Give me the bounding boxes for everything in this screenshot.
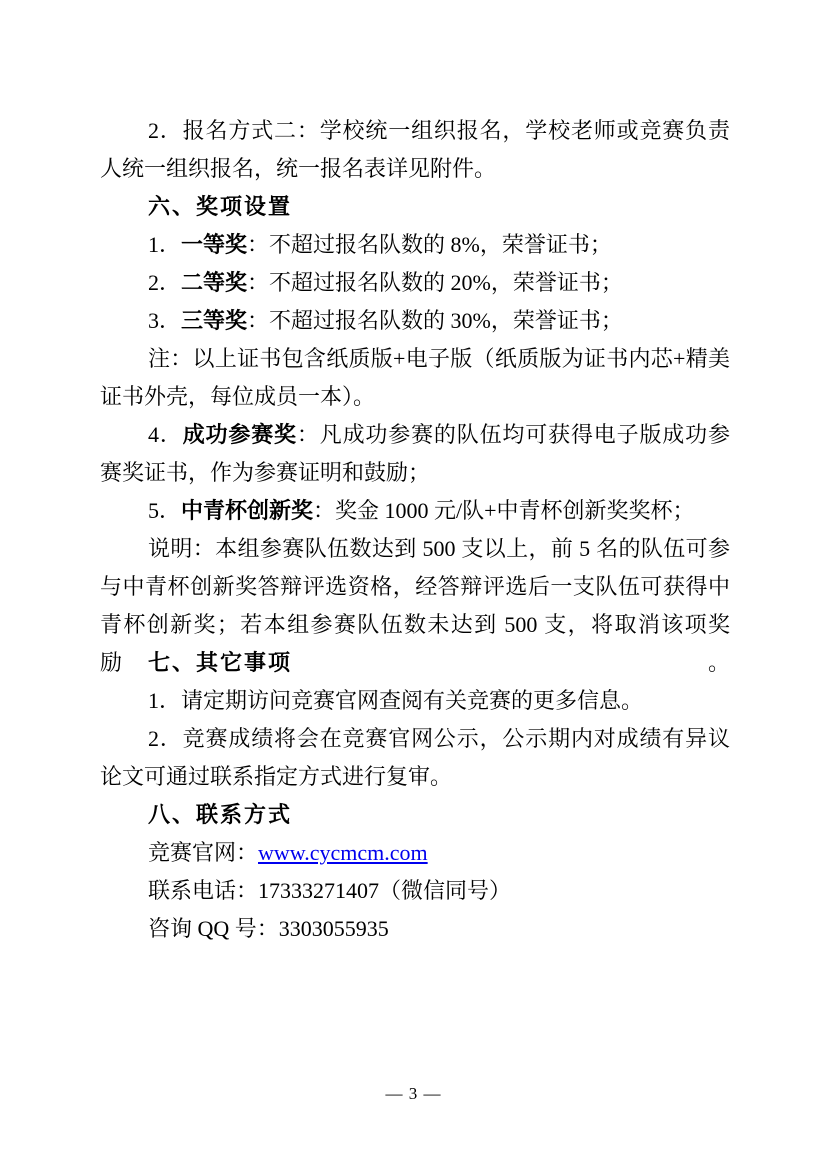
award-name: 三等奖 bbox=[181, 308, 247, 333]
para-registration-method2-line1: 2．报名方式二：学校统一组织报名，学校老师或竞赛负责 bbox=[100, 112, 730, 150]
note-certificates-line1: 注：以上证书包含纸质版+电子版（纸质版为证书内芯+精美 bbox=[100, 340, 730, 378]
item-number: 1． bbox=[148, 232, 181, 257]
contact-phone-row: 联系电话：17333271407（微信同号） bbox=[100, 872, 730, 910]
note-certificates-line2: 证书外壳，每位成员一本）。 bbox=[100, 378, 730, 416]
contact-label: 竞赛官网： bbox=[148, 840, 258, 865]
award-participation-line2: 赛奖证书，作为参赛证明和鼓励； bbox=[100, 454, 730, 492]
award-name: 中青杯创新奖 bbox=[181, 498, 313, 523]
innovation-explain-line2: 与中青杯创新奖答辩评选资格，经答辩评选后一支队伍可获得中 bbox=[100, 568, 730, 606]
item-number: 5． bbox=[148, 498, 181, 523]
other-item2-line1: 2．竞赛成绩将会在竞赛官网公示，公示期内对成绩有异议 bbox=[100, 720, 730, 758]
body-text: 1．请定期访问竞赛官网查阅有关竞赛的更多信息。 bbox=[148, 688, 643, 713]
body-text: 证书外壳，每位成员一本）。 bbox=[100, 384, 375, 409]
award-detail: ：不超过报名队数的 30%，荣誉证书； bbox=[247, 308, 623, 333]
award-name: 二等奖 bbox=[181, 270, 247, 295]
body-text: 2．报名方式二：学校统一组织报名，学校老师或竞赛负责 bbox=[148, 118, 730, 143]
item-number: 4． bbox=[148, 422, 183, 447]
page-number: — 3 — bbox=[0, 1082, 827, 1106]
award-detail: ：奖金 1000 元/队+中青杯创新奖奖杯； bbox=[313, 498, 695, 523]
heading-text: 七、其它事项 bbox=[148, 650, 292, 675]
innovation-explain-line1: 说明：本组参赛队伍数达到 500 支以上，前 5 名的队伍可参 bbox=[100, 530, 730, 568]
award-second-prize: 2．二等奖：不超过报名队数的 20%，荣誉证书； bbox=[100, 264, 730, 302]
award-detail: ：不超过报名队数的 20%，荣誉证书； bbox=[247, 270, 623, 295]
heading-section8-contact: 八、联系方式 bbox=[100, 796, 730, 834]
contact-website-row: 竞赛官网：www.cycmcm.com bbox=[100, 834, 730, 872]
award-detail: ：不超过报名队数的 8%，荣誉证书； bbox=[247, 232, 612, 257]
other-item1: 1．请定期访问竞赛官网查阅有关竞赛的更多信息。 bbox=[100, 682, 730, 720]
award-name: 成功参赛奖 bbox=[183, 422, 297, 447]
document-page: 2．报名方式二：学校统一组织报名，学校老师或竞赛负责 人统一组织报名，统一报名表… bbox=[0, 0, 827, 1169]
other-item2-line2: 论文可通过联系指定方式进行复审。 bbox=[100, 758, 730, 796]
heading-text: 八、联系方式 bbox=[148, 802, 292, 827]
heading-section6-awards: 六、奖项设置 bbox=[100, 188, 730, 226]
award-participation-line1: 4．成功参赛奖：凡成功参赛的队伍均可获得电子版成功参 bbox=[100, 416, 730, 454]
innovation-explain-line3: 青杯创新奖；若本组参赛队伍数未达到 500 支，将取消该项奖励。 bbox=[100, 606, 730, 644]
heading-text: 六、奖项设置 bbox=[148, 194, 292, 219]
item-number: 2． bbox=[148, 270, 181, 295]
award-innovation: 5．中青杯创新奖：奖金 1000 元/队+中青杯创新奖奖杯； bbox=[100, 492, 730, 530]
body-text: 赛奖证书，作为参赛证明和鼓励； bbox=[100, 460, 430, 485]
award-first-prize: 1．一等奖：不超过报名队数的 8%，荣誉证书； bbox=[100, 226, 730, 264]
document-body: 2．报名方式二：学校统一组织报名，学校老师或竞赛负责 人统一组织报名，统一报名表… bbox=[100, 112, 730, 948]
para-registration-method2-line2: 人统一组织报名，统一报名表详见附件。 bbox=[100, 150, 730, 188]
award-detail: ：凡成功参赛的队伍均可获得电子版成功参 bbox=[297, 422, 730, 447]
body-text: 人统一组织报名，统一报名表详见附件。 bbox=[100, 156, 496, 181]
contact-qq-row: 咨询 QQ 号：3303055935 bbox=[100, 910, 730, 948]
website-link[interactable]: www.cycmcm.com bbox=[258, 840, 428, 865]
body-text: 注：以上证书包含纸质版+电子版（纸质版为证书内芯+精美 bbox=[148, 346, 730, 371]
body-text: 咨询 QQ 号：3303055935 bbox=[148, 916, 389, 941]
item-number: 3． bbox=[148, 308, 181, 333]
body-text: 2．竞赛成绩将会在竞赛官网公示，公示期内对成绩有异议 bbox=[148, 726, 730, 751]
award-name: 一等奖 bbox=[181, 232, 247, 257]
award-third-prize: 3．三等奖：不超过报名队数的 30%，荣誉证书； bbox=[100, 302, 730, 340]
body-text: 说明：本组参赛队伍数达到 500 支以上，前 5 名的队伍可参 bbox=[148, 536, 730, 561]
body-text: 论文可通过联系指定方式进行复审。 bbox=[100, 764, 452, 789]
body-text: 联系电话：17333271407（微信同号） bbox=[148, 878, 511, 903]
body-text: 与中青杯创新奖答辩评选资格，经答辩评选后一支队伍可获得中 bbox=[100, 574, 730, 599]
